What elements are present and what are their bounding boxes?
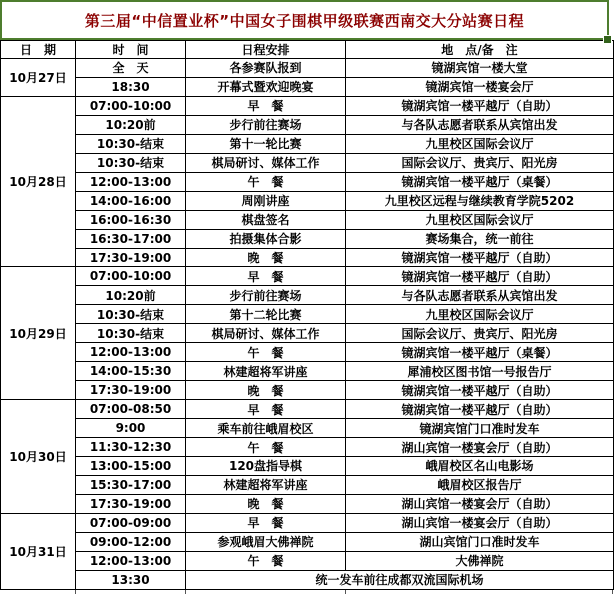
time-cell[interactable]: 14:00-15:30 [76, 362, 186, 381]
location-cell[interactable]: 湖山宾馆一楼宴会厅（自助） [346, 513, 614, 532]
table-row: 17:30-19:00晚 餐湖山宾馆一楼宴会厅（自助） [1, 494, 614, 513]
location-cell[interactable]: 湖山宾馆门口准时发车 [346, 532, 614, 551]
table-row: 10:30-结束棋局研讨、媒体工作国际会议厅、贵宾厅、阳光房 [1, 324, 614, 343]
time-cell[interactable]: 17:30-19:00 [76, 248, 186, 267]
time-cell[interactable]: 14:00-16:00 [76, 191, 186, 210]
location-cell[interactable]: 九里校区国际会议厅 [346, 305, 614, 324]
table-row: 14:00-16:00周刚讲座九里校区远程与继续教育学院5202 [1, 191, 614, 210]
table-row: 10月28日07:00-10:00早 餐镜湖宾馆一楼平越厅（自助） [1, 96, 614, 115]
location-cell[interactable]: 峨眉校区报告厅 [346, 475, 614, 494]
time-cell[interactable]: 15:30-17:00 [76, 475, 186, 494]
date-cell[interactable]: 10月28日 [1, 96, 76, 267]
location-cell[interactable]: 镜湖宾馆一楼平越厅（自助） [346, 248, 614, 267]
location-cell[interactable]: 镜湖宾馆一楼宴会厅 [346, 77, 614, 96]
date-cell[interactable]: 10月27日 [1, 59, 76, 97]
location-cell[interactable]: 国际会议厅、贵宾厅、阳光房 [346, 324, 614, 343]
gridline-stub [345, 590, 346, 594]
table-row: 13:30统一发车前往成都双流国际机场 [1, 570, 614, 589]
location-cell[interactable]: 镜湖宾馆一楼平越厅（桌餐） [346, 343, 614, 362]
time-cell[interactable]: 09:00-12:00 [76, 532, 186, 551]
table-row: 10:20前步行前往赛场与各队志愿者联系从宾馆出发 [1, 286, 614, 305]
time-cell[interactable]: 12:00-13:00 [76, 551, 186, 570]
time-cell[interactable]: 10:20前 [76, 286, 186, 305]
gridline-stub [612, 590, 613, 594]
location-cell[interactable]: 九里校区国际会议厅 [346, 210, 614, 229]
location-cell[interactable]: 镜湖宾馆一楼平越厅（自助） [346, 96, 614, 115]
table-row: 10月30日07:00-08:50早 餐镜湖宾馆一楼平越厅（自助） [1, 400, 614, 419]
date-cell[interactable]: 10月31日 [1, 513, 76, 589]
location-cell[interactable]: 镜湖宾馆一楼平越厅（自助） [346, 267, 614, 286]
activity-cell[interactable]: 统一发车前往成都双流国际机场 [186, 570, 614, 589]
table-row: 17:30-19:00晚 餐镜湖宾馆一楼平越厅（自助） [1, 248, 614, 267]
activity-cell[interactable]: 参观峨眉大佛禅院 [186, 532, 346, 551]
title-merged-cell[interactable]: 第三届“中信置业杯”中国女子围棋甲级联赛西南交大分站赛日程 [0, 0, 609, 40]
location-cell[interactable]: 与各队志愿者联系从宾馆出发 [346, 286, 614, 305]
activity-cell[interactable]: 早 餐 [186, 400, 346, 419]
table-row: 15:30-17:00林建超将军讲座峨眉校区报告厅 [1, 475, 614, 494]
time-cell[interactable]: 18:30 [76, 77, 186, 96]
table-row: 13:00-15:00120盘指导棋峨眉校区名山电影场 [1, 457, 614, 476]
table-row: 12:00-13:00午 餐镜湖宾馆一楼平越厅（桌餐） [1, 172, 614, 191]
time-cell[interactable]: 10:20前 [76, 115, 186, 134]
time-cell[interactable]: 07:00-08:50 [76, 400, 186, 419]
table-row: 14:00-15:30林建超将军讲座犀浦校区图书馆一号报告厅 [1, 362, 614, 381]
time-cell[interactable]: 12:00-13:00 [76, 172, 186, 191]
activity-cell[interactable]: 棋局研讨、媒体工作 [186, 324, 346, 343]
header-activity[interactable]: 日程安排 [186, 41, 346, 59]
activity-cell[interactable]: 各参赛队报到 [186, 59, 346, 78]
time-cell[interactable]: 07:00-10:00 [76, 267, 186, 286]
activity-cell[interactable]: 午 餐 [186, 438, 346, 457]
time-cell[interactable]: 16:30-17:00 [76, 229, 186, 248]
time-cell[interactable]: 17:30-19:00 [76, 381, 186, 400]
location-cell[interactable]: 湖山宾馆一楼宴会厅（自助） [346, 494, 614, 513]
table-row: 10:30-结束棋局研讨、媒体工作国际会议厅、贵宾厅、阳光房 [1, 153, 614, 172]
location-cell[interactable]: 国际会议厅、贵宾厅、阳光房 [346, 153, 614, 172]
table-row: 16:30-17:00拍摄集体合影赛场集合，统一前往 [1, 229, 614, 248]
table-row: 10:20前步行前往赛场与各队志愿者联系从宾馆出发 [1, 115, 614, 134]
date-cell[interactable]: 10月29日 [1, 267, 76, 400]
activity-cell[interactable]: 棋局研讨、媒体工作 [186, 153, 346, 172]
location-cell[interactable]: 湖山宾馆一楼宴会厅（自助） [346, 438, 614, 457]
gridline-stub [75, 590, 76, 594]
location-cell[interactable]: 镜湖宾馆一楼大堂 [346, 59, 614, 78]
header-time[interactable]: 时 间 [76, 41, 186, 59]
activity-cell[interactable]: 林建超将军讲座 [186, 475, 346, 494]
time-cell[interactable]: 16:00-16:30 [76, 210, 186, 229]
activity-cell[interactable]: 午 餐 [186, 551, 346, 570]
location-cell[interactable]: 九里校区远程与继续教育学院5202 [346, 191, 614, 210]
activity-cell[interactable]: 晚 餐 [186, 494, 346, 513]
time-cell[interactable]: 07:00-09:00 [76, 513, 186, 532]
activity-cell[interactable]: 林建超将军讲座 [186, 362, 346, 381]
activity-cell[interactable]: 晚 餐 [186, 381, 346, 400]
gridline-stub [185, 590, 186, 594]
location-cell[interactable]: 与各队志愿者联系从宾馆出发 [346, 115, 614, 134]
schedule-table-body: 10月27日全 天各参赛队报到镜湖宾馆一楼大堂18:30开幕式暨欢迎晚宴镜湖宾馆… [1, 59, 614, 590]
table-row: 10月31日07:00-09:00早 餐湖山宾馆一楼宴会厅（自助） [1, 513, 614, 532]
table-row: 11:30-12:30午 餐湖山宾馆一楼宴会厅（自助） [1, 438, 614, 457]
table-row: 10月27日全 天各参赛队报到镜湖宾馆一楼大堂 [1, 59, 614, 78]
table-row: 10:30-结束第十二轮比赛九里校区国际会议厅 [1, 305, 614, 324]
activity-cell[interactable]: 晚 餐 [186, 248, 346, 267]
time-cell[interactable]: 12:00-13:00 [76, 343, 186, 362]
activity-cell[interactable]: 步行前往赛场 [186, 115, 346, 134]
activity-cell[interactable]: 拍摄集体合影 [186, 229, 346, 248]
header-location[interactable]: 地 点/备 注 [346, 41, 614, 59]
time-cell[interactable]: 17:30-19:00 [76, 494, 186, 513]
table-row: 09:00-12:00参观峨眉大佛禅院湖山宾馆门口准时发车 [1, 532, 614, 551]
table-row: 10:30-结束第十一轮比赛九里校区国际会议厅 [1, 134, 614, 153]
time-cell[interactable]: 13:30 [76, 570, 186, 589]
activity-cell[interactable]: 早 餐 [186, 513, 346, 532]
activity-cell[interactable]: 乘车前往峨眉校区 [186, 419, 346, 438]
date-cell[interactable]: 10月30日 [1, 400, 76, 514]
location-cell[interactable]: 犀浦校区图书馆一号报告厅 [346, 362, 614, 381]
location-cell[interactable]: 赛场集合，统一前往 [346, 229, 614, 248]
activity-cell[interactable]: 早 餐 [186, 267, 346, 286]
location-cell[interactable]: 镜湖宾馆一楼平越厅（自助） [346, 400, 614, 419]
table-row: 10月29日07:00-10:00早 餐镜湖宾馆一楼平越厅（自助） [1, 267, 614, 286]
activity-cell[interactable]: 早 餐 [186, 96, 346, 115]
header-row: 日 期 时 间 日程安排 地 点/备 注 [1, 41, 614, 59]
activity-cell[interactable]: 第十一轮比赛 [186, 134, 346, 153]
time-cell[interactable]: 11:30-12:30 [76, 438, 186, 457]
table-row: 12:00-13:00午 餐镜湖宾馆一楼平越厅（桌餐） [1, 343, 614, 362]
activity-cell[interactable]: 棋盘签名 [186, 210, 346, 229]
activity-cell[interactable]: 午 餐 [186, 343, 346, 362]
location-cell[interactable]: 大佛禅院 [346, 551, 614, 570]
table-row: 12:00-13:00午 餐大佛禅院 [1, 551, 614, 570]
table-row: 17:30-19:00晚 餐镜湖宾馆一楼平越厅（自助） [1, 381, 614, 400]
table-row: 16:00-16:30棋盘签名九里校区国际会议厅 [1, 210, 614, 229]
time-cell[interactable]: 07:00-10:00 [76, 96, 186, 115]
activity-cell[interactable]: 步行前往赛场 [186, 286, 346, 305]
location-cell[interactable]: 九里校区国际会议厅 [346, 134, 614, 153]
header-date[interactable]: 日 期 [1, 41, 76, 59]
table-row: 18:30开幕式暨欢迎晚宴镜湖宾馆一楼宴会厅 [1, 77, 614, 96]
activity-cell[interactable]: 120盘指导棋 [186, 457, 346, 476]
activity-cell[interactable]: 开幕式暨欢迎晚宴 [186, 77, 346, 96]
location-cell[interactable]: 镜湖宾馆门口准时发车 [346, 419, 614, 438]
time-cell[interactable]: 10:30-结束 [76, 305, 186, 324]
location-cell[interactable]: 镜湖宾馆一楼平越厅（自助） [346, 381, 614, 400]
time-cell[interactable]: 10:30-结束 [76, 324, 186, 343]
schedule-table: 日 期 时 间 日程安排 地 点/备 注 10月27日全 天各参赛队报到镜湖宾馆… [0, 40, 614, 590]
time-cell[interactable]: 全 天 [76, 59, 186, 78]
time-cell[interactable]: 10:30-结束 [76, 153, 186, 172]
activity-cell[interactable]: 周刚讲座 [186, 191, 346, 210]
page-title: 第三届“中信置业杯”中国女子围棋甲级联赛西南交大分站赛日程 [85, 10, 524, 31]
activity-cell[interactable]: 午 餐 [186, 172, 346, 191]
time-cell[interactable]: 13:00-15:00 [76, 457, 186, 476]
time-cell[interactable]: 9:00 [76, 419, 186, 438]
location-cell[interactable]: 镜湖宾馆一楼平越厅（桌餐） [346, 172, 614, 191]
activity-cell[interactable]: 第十二轮比赛 [186, 305, 346, 324]
spreadsheet-sheet: 第三届“中信置业杯”中国女子围棋甲级联赛西南交大分站赛日程 日 期 时 间 日程… [0, 0, 615, 594]
location-cell[interactable]: 峨眉校区名山电影场 [346, 457, 614, 476]
table-row: 9:00乘车前往峨眉校区镜湖宾馆门口准时发车 [1, 419, 614, 438]
time-cell[interactable]: 10:30-结束 [76, 134, 186, 153]
selection-fill-handle[interactable] [603, 35, 612, 44]
